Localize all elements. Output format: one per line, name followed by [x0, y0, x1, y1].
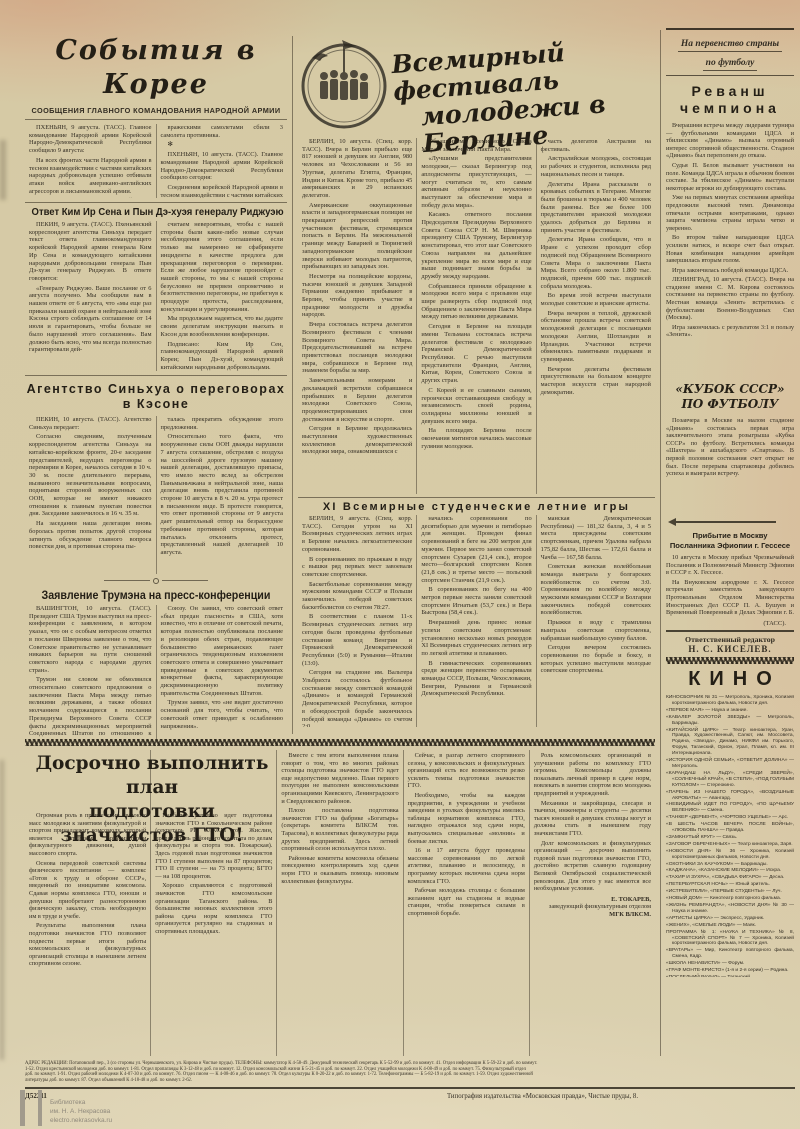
article-column: Роль комсомольских организаций в улучшен… — [529, 750, 655, 1056]
korea-section: События в Корее СООБЩЕНИЯ ГЛАВНОГО КОМАН… — [25, 34, 287, 739]
xinhua-headline-line2: в Кэсоне — [123, 397, 190, 411]
paragraph: Механики и закройщицы, слесари и ткачихи… — [534, 800, 651, 838]
paragraph: Игра закончилась с результатом 3:1 в пол… — [666, 324, 794, 339]
paragraph: На заседании наша делегация вновь борола… — [29, 520, 152, 551]
kino-item: «ЖЕНИХ», «СМЕЛЫЕ ЛЮДИ» — Маяк. — [666, 923, 794, 929]
article-column: Вчерашняя встреча между лидерами турнира… — [666, 122, 794, 374]
kino-item: «ЖИЗНЬ РЕМБРАНДТА», «НОВОСТИ ДНЯ» № 30 —… — [666, 903, 794, 915]
kino-item: «ЗАГОВОР ОБРЕЧЕННЫХ» — Театр киноактера,… — [666, 842, 794, 848]
paragraph: Сегодня в Берлине продолжались выступлен… — [302, 425, 412, 456]
kino-item: ПРОГРАММА № 1: «НАУКА И ТЕХНИКА» № 8, «С… — [666, 930, 794, 948]
korea-subtitle: СООБЩЕНИЯ ГЛАВНОГО КОМАНДОВАНИЯ НАРОДНОЙ… — [25, 106, 287, 115]
kino-item: «ПОСЛЕДНИЙ РАУНД» — Таганский. — [666, 975, 794, 977]
gto-signature-name: Е. ТОКАРЕВ, — [534, 896, 651, 904]
paragraph: Вечером делегаты фестиваля присутствовал… — [541, 366, 651, 397]
korea-headline: События в Корее — [25, 34, 287, 102]
kino-item: «ЗАМКНУТЫЙ КРУГ» — Связь. — [666, 835, 794, 841]
paragraph: ПХЕНЬЯН, 10 августа. (ТАСС). Главное ком… — [161, 151, 284, 182]
football-kicker: На первенство страны по футболу — [666, 28, 794, 76]
article-column: часть делегатов Австралии на фестиваль.А… — [536, 138, 655, 494]
paragraph: Основа передовой советской системы физич… — [29, 860, 146, 921]
article-column: БЕРЛИН, 10 августа. (Спец. корр. ТАСС). … — [298, 138, 416, 494]
library-logo-icon — [20, 1090, 42, 1126]
paragraph: Делегаты Ирана рассказали о кровавых соб… — [541, 181, 651, 235]
paragraph: ПХЕНЬЯН, 9 августа. (ТАСС). Главное кома… — [29, 124, 152, 155]
kino-item: «ШКОЛА НЕНАВИСТИ» — Форум. — [666, 961, 794, 967]
paragraph: Судья П. Белов вызывает участников на по… — [666, 162, 794, 192]
imprint-lines: АДРЕС РЕДАКЦИИ: Потаповский пер., 3 (со … — [25, 1061, 795, 1084]
article-column: манская Демократическая Республика) — 18… — [536, 515, 655, 727]
paragraph: Трумэн заявил, что «не видит достаточно … — [161, 699, 284, 730]
paragraph: талась прекратить обсуждение этого предл… — [161, 416, 284, 431]
paragraph: Прыжки в воду с трамплина выиграла совет… — [541, 619, 651, 642]
paragraph: Во время этой встречи выступали молодые … — [541, 292, 651, 307]
library-stamp: Библиотека им. Н. А. Некрасова electro.n… — [20, 1090, 112, 1126]
article-column: талась прекратить обсуждение этого предл… — [156, 416, 288, 574]
divider — [25, 202, 287, 203]
article-column: ПЕКИН, 9 августа. (ТАСС). Пхеньянский ко… — [25, 221, 156, 371]
cup-headline-line1: «КУБОК СССР» — [675, 382, 784, 396]
paragraph: В гимнастических соревнованиях среди жен… — [421, 660, 531, 699]
revansh-headline-line1: Реванш — [691, 83, 768, 99]
article-column: ПЕКИН, 10 августа. (ТАСС). Агентство Син… — [25, 416, 156, 574]
library-url: electro.nekrasovka.ru — [50, 1116, 112, 1125]
paragraph: Плохо поставлена подготовка значкистов Г… — [281, 807, 398, 853]
paragraph: Вместе с тем итоги выполнения плана гово… — [281, 752, 398, 805]
divider — [25, 1087, 795, 1089]
scan-smudge — [0, 760, 4, 1060]
paragraph: Касаясь ответного послания Председателя … — [421, 211, 531, 280]
paragraph: Уже на первых минутах состязания армейцы… — [666, 194, 794, 232]
paragraph: Вчера состоялась встреча делегатов Всеми… — [302, 321, 412, 375]
kino-item: «НОВОСТИ ДНЯ» № 36 — Хроника, Колизей ко… — [666, 849, 794, 861]
paragraph: Роль комсомольских организаций в улучшен… — [534, 752, 651, 798]
ethiopia-headline-line1: Прибытие в Москву — [692, 531, 767, 540]
paragraph: ВАШИНГТОН, 10 августа. (ТАСС). Президент… — [29, 605, 152, 674]
kino-item: «ИСТРЕБИТЕЛИ», «ПЕРВЫЕ СТУДЕНТЫ» — Луч. — [666, 889, 794, 895]
paragraph: Трумэн ни словом не обмолвился относител… — [29, 676, 152, 739]
kino-item: «КАДЖАНА», «КАЗАНСКИЕ МЕЛОДИИ» — Искра. — [666, 868, 794, 874]
festival-section: Всемирный фестиваль молодежи в Берлине Б… — [298, 34, 655, 727]
divider — [25, 375, 287, 376]
paragraph: Сегодня зенитные части Народной армии и … — [29, 197, 152, 198]
paragraph: Баскетбольные соревнования между мужским… — [302, 581, 412, 612]
paragraph: Результаты выполнения плана подготовки з… — [29, 922, 146, 968]
paragraph: ЛЕНИНГРАД, 10 августа. (ТАСС). Вчера на … — [666, 276, 794, 322]
kino-item: «НОВЫЙ ДОМ» — Кинотеатр повторного фильм… — [666, 896, 794, 902]
paragraph: Делегаты Ирана сообщили, что в Иране с у… — [541, 236, 651, 290]
kino-item: КИНОСБОРНИК № 31 — Метрополь, Хроника, К… — [666, 695, 794, 707]
kino-item: «ИСТОРИЯ ОДНОЙ СЕМЬИ», «ОТВЕТИТ ДОЛИНА» … — [666, 758, 794, 770]
library-name-line2: им. Н. А. Некрасова — [50, 1107, 112, 1116]
paragraph: Сегодня вечером состоялись соревнования … — [541, 644, 651, 675]
gto-headline: Досрочно выполнить план подготовки значк… — [25, 752, 279, 848]
printer-credit: Типография издательства «Московская прав… — [447, 1093, 638, 1100]
gto-headline-line1: Досрочно выполнить план — [36, 753, 269, 798]
divider — [666, 630, 794, 632]
tass-credit: (ТАСС). — [666, 620, 794, 627]
paragraph: Позавчера в Москве на малом стадионе «Ди… — [666, 417, 794, 478]
article-column: считаем невероятным, чтобы с нашей сторо… — [156, 221, 288, 371]
paragraph: Игра закончилась победой команды ЦДСА. — [666, 267, 794, 275]
paragraph: манская Демократическая Республика) — 18… — [541, 515, 651, 561]
paragraph: Мы продолжаем надеяться, что вы дадите с… — [161, 315, 284, 338]
truman-headline: Заявление Трумэна на пресс-конференции — [34, 590, 278, 602]
cup-headline-line2: ПО ФУТБОЛУ — [681, 397, 778, 411]
paragraph: Сейчас, в разгар летнего спортивного сез… — [408, 752, 525, 790]
paragraph: В соответствии с планом 11-х Всемирных с… — [302, 613, 412, 667]
paragraph: Советская женская волейбольная команда в… — [541, 563, 651, 617]
festival-headline: Всемирный фестиваль молодежи в Берлине — [391, 33, 658, 159]
paragraph: 16 и 17 августа будут проведены массовые… — [408, 847, 525, 885]
paragraph: В соревнованиях по прыжкам в воду с вышк… — [302, 556, 412, 579]
kino-item: «ПАРЕНЬ ИЗ НАШЕГО ГОРОДА», «ВОЗДУШНЫЕ АК… — [666, 790, 794, 802]
kino-item: «КАВАЛЕР ЗОЛОТОЙ ЗВЕЗДЫ» — Метрополь, Ба… — [666, 715, 794, 727]
ornament-band — [25, 739, 655, 746]
paragraph: «Лучшими представителями молодежи,— сказ… — [421, 155, 531, 209]
paragraph: В соревнованиях по бегу на 400 метров пе… — [421, 586, 531, 617]
paragraph: Необходимо, чтобы на каждом предприятии,… — [408, 792, 525, 845]
gto-signature-role1: заведующий физкультурным отделом — [534, 903, 651, 911]
article-column: Союзу. Он заявил, что советский ответ «б… — [156, 605, 288, 739]
festival-emblem-icon — [298, 36, 390, 137]
kim-headline: Ответ Ким Ир Сена и Пын Дэ-хуэя генералу… — [32, 207, 281, 218]
imprint-line: литературы доб. по коммут. 87. Отдел объ… — [25, 1078, 795, 1084]
kino-item: «ГРАФ МОНТЕ-КРИСТО» (1-я и 2-я серии) — … — [666, 968, 794, 974]
paragraph: Районные комитеты комсомола обязаны повс… — [281, 855, 398, 885]
right-column: На первенство страны по футболу Реванш ч… — [666, 28, 794, 977]
article-column: Позавчера в Москве на малом стадионе «Ди… — [666, 417, 794, 513]
article-column: ПХЕНЬЯН, 9 августа. (ТАСС). Главное кома… — [25, 124, 156, 198]
article-column: Вместе с тем итоги выполнения плана гово… — [276, 750, 402, 1056]
paragraph: Долг комсомольских и физкультурных орган… — [534, 840, 651, 893]
library-name-line1: Библиотека — [50, 1098, 112, 1107]
kino-item: «ТАХИР И ЗУХРА», «СВАДЬБА ФИГАРО» — Десн… — [666, 875, 794, 881]
gto-signature-role2: МГК ВЛКСМ. — [534, 911, 651, 919]
ornament-band — [666, 657, 794, 664]
column-rule — [660, 30, 661, 1056]
football-kicker-line1: На первенство страны — [678, 38, 782, 52]
article-column: БЕРЛИН, 9 августа. (Спец. корр. ТАСС). С… — [298, 515, 416, 727]
kino-item: «ПЕТЕРБУРГСКАЯ НОЧЬ» — Юный зритель. — [666, 882, 794, 888]
paragraph: Относительно того факта, что вооруженные… — [161, 433, 284, 556]
paragraph: 10 августа в Москву прибыл Чрезвычайный … — [666, 554, 794, 577]
article-column: 10 августа в Москву прибыл Чрезвычайный … — [666, 554, 794, 618]
article-column: ВАШИНГТОН, 10 августа. (ТАСС). Президент… — [25, 605, 156, 739]
paragraph: Американские оккупационные власти и запа… — [302, 202, 412, 271]
paragraph: Сегодня на стадионе им. Вальтера Ульбрих… — [302, 669, 412, 727]
paragraph: Сегодня в Берлине на площади имени Тельм… — [421, 323, 531, 385]
paragraph: На Внуковском аэродроме г. Х. Гессесе вс… — [666, 579, 794, 618]
newspaper-page: События в Корее СООБЩЕНИЯ ГЛАВНОГО КОМАН… — [0, 0, 800, 1129]
editor-name: Н. С. КИСЕЛЕВ. — [666, 644, 794, 654]
article-column: Обращением Всемирного Совета Мира о закл… — [416, 138, 535, 494]
paragraph: Союзу. Он заявил, что советский ответ «б… — [161, 605, 284, 697]
kino-listing: КИНОСБОРНИК № 31 — Метрополь, Хроника, К… — [666, 695, 794, 977]
paragraph: Несмотря на полицейские кордоны, тысячи … — [302, 273, 412, 319]
kino-item: «ОХОТНИКИ ЗА КАУЧУКОМ» — Баррикады. — [666, 862, 794, 868]
paragraph: Замечательными номерами и декламацией вс… — [302, 377, 412, 423]
paragraph: На площадях Берлина после окончания мити… — [421, 427, 531, 450]
paragraph: вражескими самолетами сбили 3 самолета п… — [161, 124, 284, 139]
kino-item: «В ШЕСТЬ ЧАСОВ ВЕЧЕРА ПОСЛЕ ВОЙНЫ», «ЛЮБ… — [666, 822, 794, 834]
scan-smudge — [0, 140, 6, 200]
divider — [25, 119, 287, 120]
article-column: Сейчас, в разгар летнего спортивного сез… — [403, 750, 529, 1056]
paragraph: БЕРЛИН, 10 августа. (Спец. корр. ТАСС). … — [302, 138, 412, 200]
paragraph: «Генералу Риджуэю. Ваше послание от 6 ав… — [29, 285, 152, 354]
column-rule — [292, 36, 293, 734]
xinhua-headline: Агентство Синьхуа о переговорах в Кэсоне — [25, 382, 287, 412]
section-ornament — [25, 576, 287, 585]
paragraph: Вчерашняя встреча между лидерами турнира… — [666, 122, 794, 160]
paragraph: начались соревнования по десятиборью для… — [421, 515, 531, 584]
imprint: АДРЕС РЕДАКЦИИ: Потаповский пер., 3 (со … — [25, 1061, 795, 1100]
xinhua-headline-line1: Агентство Синьхуа о переговорах — [27, 382, 286, 396]
ethiopia-headline-line2: Посланника Эфиопии г. Гессесе — [670, 541, 790, 550]
paragraph: Подписано: Ким Ир Сен, главнокомандующий… — [161, 341, 284, 371]
paragraph: Собравшиеся приняли обращение к молодежи… — [421, 283, 531, 322]
ethiopia-headline: Прибытие в Москву Посланника Эфиопии г. … — [666, 531, 794, 551]
article-column: вражескими самолетами сбили 3 самолета п… — [156, 124, 288, 198]
gto-signature: Е. ТОКАРЕВ, заведующий физкультурным отд… — [534, 896, 651, 919]
paragraph: Вчера вечером в теплой, дружеской обстан… — [541, 310, 651, 364]
kino-headline: КИНО — [666, 668, 794, 691]
kino-item: «ПЕРВОЕ МАЯ» — Наука и знание. — [666, 708, 794, 714]
kino-item: «КИТАЙСКИЙ ЦИРК» — Театр киноактера, Ура… — [666, 728, 794, 758]
kino-item: «КАРАНДАШ НА ЛЬДУ», «СРЕДИ ЗВЕРЕЙ», «СОЛ… — [666, 771, 794, 789]
editor-block: Ответственный редактор Н. С. КИСЕЛЕВ. — [666, 635, 794, 654]
arrow-left-ornament — [676, 521, 776, 523]
paragraph: ПЕКИН, 9 августа. (ТАСС). Пхеньянский ко… — [29, 221, 152, 283]
revansh-headline: Реванш чемпиона — [666, 83, 794, 117]
cup-headline: «КУБОК СССР» ПО ФУТБОЛУ — [666, 382, 794, 412]
kino-item: «АРТИСТЫ ЦИРКА» — Экспресс, Ударник. — [666, 916, 794, 922]
paragraph: Вчерашний день принес новые успехи совет… — [421, 619, 531, 658]
revansh-headline-line2: чемпиона — [680, 100, 780, 116]
paragraph: На всех фронтах части Народной армии в т… — [29, 157, 152, 196]
gto-headline-line2: подготовки значкистов ГТО! — [60, 801, 243, 846]
editor-label: Ответственный редактор — [666, 635, 794, 644]
paragraph: С Кореей и ее славными сынами, героическ… — [421, 387, 531, 426]
kino-item: «НЕВИДИМЫЙ ИДЕТ ПО ГОРОДУ», «ПО ЩУЧЬЕМУ … — [666, 802, 794, 814]
football-kicker-line2: по футболу — [703, 57, 758, 71]
article-column: начались соревнования по десятиборью для… — [416, 515, 535, 727]
paragraph: Рабочая молодежь столицы с большим желан… — [408, 887, 525, 917]
paragraph: Соединения корейской Народной армии в те… — [161, 184, 284, 198]
paragraph: считаем невероятным, чтобы с нашей сторо… — [161, 221, 284, 313]
paragraph: Хорошо справляются с подготовкой значкис… — [155, 882, 272, 935]
games-headline: XI Всемирные студенческие летние игры — [298, 497, 655, 515]
kino-item: «ВРАТАРЬ» — Мир, Кинотеатр повторного фи… — [666, 948, 794, 960]
paragraph: Австралийская молодежь, состоящая из раб… — [541, 155, 651, 178]
paragraph: Во втором тайме нападающие ЦДСА усилили … — [666, 234, 794, 264]
paragraph: ✻ — [161, 141, 284, 149]
paragraph: ПЕКИН, 10 августа. (ТАСС). Агентство Син… — [29, 416, 152, 431]
gto-section: Досрочно выполнить план подготовки значк… — [25, 750, 655, 1056]
kino-item: «ТАНКЕР «ДЕРБЕНТ», «ЧОРТОВО УЩЕЛЬЕ» — Ар… — [666, 815, 794, 821]
paragraph: Согласно сведениям, полученным корреспон… — [29, 433, 152, 518]
paragraph: БЕРЛИН, 9 августа. (Спец. корр. ТАСС). С… — [302, 515, 412, 554]
